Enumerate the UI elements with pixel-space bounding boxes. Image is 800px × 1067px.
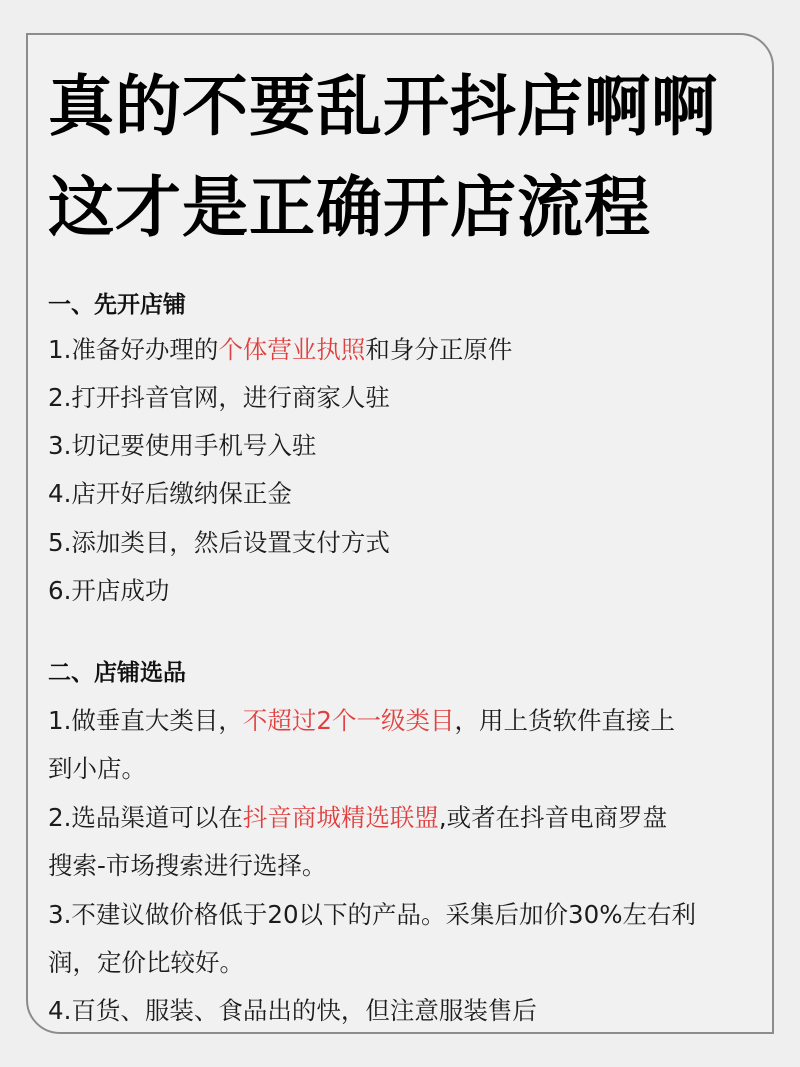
item-text: 1.做垂直大类目， bbox=[48, 706, 243, 735]
list-item: 3.切记要使用手机号入驻 bbox=[48, 422, 316, 471]
list-item-continuation: 搜索-市场搜索进行选择。 bbox=[48, 842, 326, 891]
highlight-text: 不超过2个一级类目 bbox=[243, 706, 455, 735]
section-title-open-shop: 一、先开店铺 bbox=[48, 289, 186, 321]
section-title-product-selection: 二、店铺选品 bbox=[48, 657, 186, 689]
item-text: 2.选品渠道可以在 bbox=[48, 803, 243, 832]
item-text: 和身分正原件 bbox=[365, 335, 512, 364]
headline-line-1: 真的不要乱开抖店啊啊 bbox=[48, 56, 718, 157]
list-item: 4.百货、服装、食品出的快，但注意服装售后 bbox=[48, 987, 537, 1036]
highlight-text: 个体营业执照 bbox=[218, 335, 365, 364]
highlight-text: 抖音商城精选联盟 bbox=[243, 803, 439, 832]
headline-line-2: 这才是正确开店流程 bbox=[48, 157, 718, 258]
list-item-continuation: 润，定价比较好。 bbox=[48, 939, 244, 988]
item-text: 1.准备好办理的 bbox=[48, 335, 218, 364]
list-item-continuation: 到小店。 bbox=[48, 745, 146, 794]
headline: 真的不要乱开抖店啊啊 这才是正确开店流程 bbox=[48, 56, 718, 258]
list-item: 3.不建议做价格低于20以下的产品。采集后加价30%左右利 bbox=[48, 891, 696, 940]
list-item: 6.开店成功 bbox=[48, 567, 169, 616]
list-item: 2.打开抖音官网，进行商家人驻 bbox=[48, 374, 390, 423]
item-text: ,或者在抖音电商罗盘 bbox=[439, 803, 667, 832]
list-item: 5.添加类目，然后设置支付方式 bbox=[48, 519, 390, 568]
item-text: ，用上货软件直接上 bbox=[454, 706, 675, 735]
list-item: 1.做垂直大类目，不超过2个一级类目，用上货软件直接上 bbox=[48, 697, 675, 746]
list-item: 1.准备好办理的个体营业执照和身分正原件 bbox=[48, 326, 512, 375]
list-item: 2.选品渠道可以在抖音商城精选联盟,或者在抖音电商罗盘 bbox=[48, 794, 667, 843]
list-item: 4.店开好后缴纳保正金 bbox=[48, 470, 292, 519]
